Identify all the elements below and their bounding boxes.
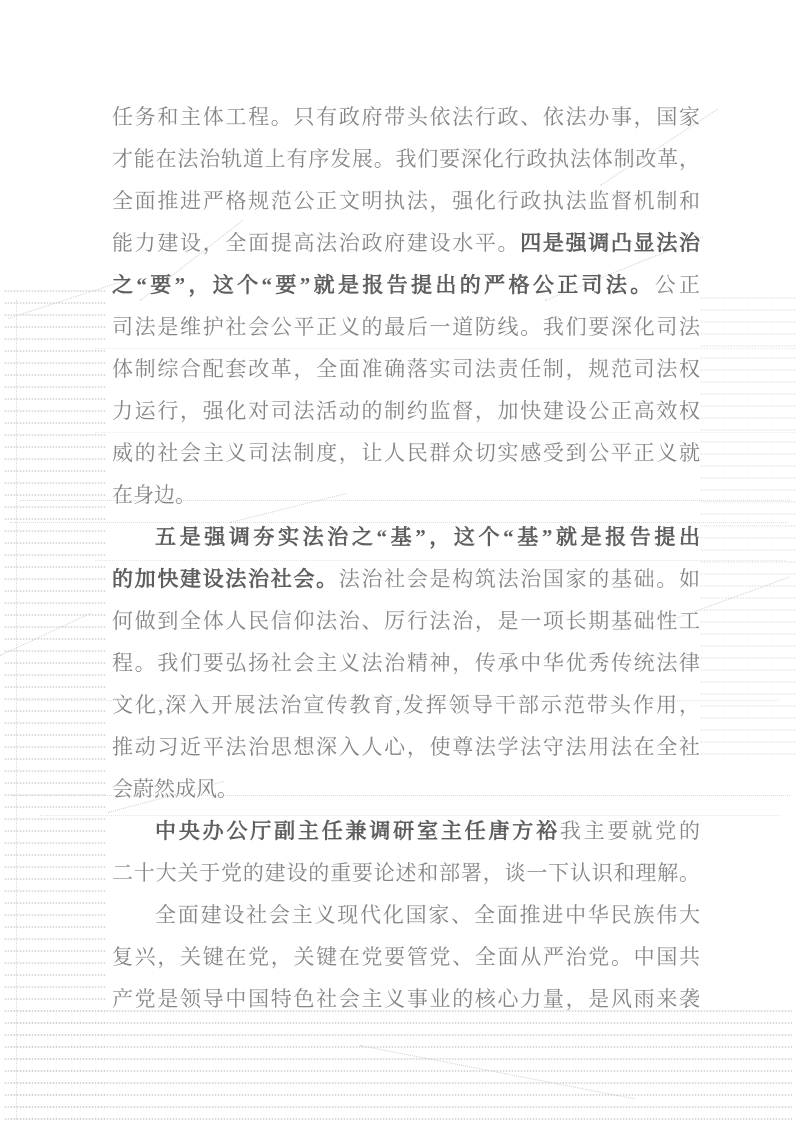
document-page: 任务和主体工程。只有政府带头依法行政、依法办事，国家才能在法治轨道上有序发展。我…	[0, 0, 800, 1131]
text-line: 中央办公厅副主任兼调研室主任唐方裕我主要就党的	[112, 810, 700, 852]
text-segment: 全面推进严格规范公正文明执法，强化行政执法监督机制和	[112, 189, 700, 213]
text-segment: 体制综合配套改革，全面准确落实司法责任制，规范司法权	[112, 357, 700, 381]
text-segment: 二十大关于党的建设的重要论述和部署，谈一下认识和理解。	[112, 861, 700, 885]
text-line: 会蔚然成风。	[112, 768, 700, 810]
text-line: 任务和主体工程。只有政府带头依法行政、依法办事，国家	[112, 96, 700, 138]
text-segment: 法治社会是构筑法治国家的基础。如	[339, 567, 700, 591]
text-line: 的加快建设法治社会。法治社会是构筑法治国家的基础。如	[112, 558, 700, 600]
text-line: 之“要”，这个“要”就是报告提出的严格公正司法。公正	[112, 264, 700, 306]
text-segment: 在身边。	[112, 483, 196, 507]
text-segment: 程。我们要弘扬社会主义法治精神，传承中华优秀传统法律	[112, 651, 700, 675]
text-segment-bold: 五是强调夯实法治之“基”，这个“基”就是报告提出	[155, 525, 700, 549]
text-line: 全面建设社会主义现代化国家、全面推进中华民族伟大	[112, 894, 700, 936]
text-line: 五是强调夯实法治之“基”，这个“基”就是报告提出	[112, 516, 700, 558]
text-segment-bold: 中央办公厅副主任兼调研室主任唐方裕	[155, 819, 560, 843]
text-line: 二十大关于党的建设的重要论述和部署，谈一下认识和理解。	[112, 852, 700, 894]
text-segment: 威的社会主义司法制度，让人民群众切实感受到公平正义就	[112, 441, 700, 465]
text-segment: 会蔚然成风。	[112, 777, 238, 801]
text-segment: 司法是维护社会公平正义的最后一道防线。我们要深化司法	[112, 315, 700, 339]
text-segment: 何做到全体人民信仰法治、厉行法治，是一项长期基础性工	[112, 609, 700, 633]
text-segment: 公正	[655, 273, 700, 297]
scan-noise-dots-right	[700, 292, 796, 760]
text-line: 力运行，强化对司法活动的制约监督，加快建设公正高效权	[112, 390, 700, 432]
scan-noise-diagonal	[8, 279, 127, 319]
text-line: 司法是维护社会公平正义的最后一道防线。我们要深化司法	[112, 306, 700, 348]
scan-noise-vertical-line	[16, 300, 17, 1120]
text-line: 复兴，关键在党，关键在党要管党、全面从严治党。中国共	[112, 936, 700, 978]
scan-noise-diagonal	[0, 613, 91, 656]
text-segment: 才能在法治轨道上有序发展。我们要深化行政执法体制改革，	[112, 147, 700, 171]
scan-noise-dots-left	[4, 285, 106, 1125]
text-segment-bold: 之“要”，这个“要”就是报告提出的严格公正司法。	[112, 273, 655, 297]
text-segment: 任务和主体工程。只有政府带头依法行政、依法办事，国家	[112, 105, 700, 129]
text-segment: 文化,深入开展法治宣传教育,发挥领导干部示范带头作用，	[112, 693, 700, 717]
text-line: 推动习近平法治思想深入人心，使尊法学法守法用法在全社	[112, 726, 700, 768]
text-line: 能力建设，全面提高法治政府建设水平。四是强调凸显法治	[112, 222, 700, 264]
text-body: 任务和主体工程。只有政府带头依法行政、依法办事，国家才能在法治轨道上有序发展。我…	[112, 96, 700, 1020]
text-segment-bold: 四是强调凸显法治	[520, 231, 700, 255]
text-segment-bold: 的加快建设法治社会。	[112, 567, 339, 591]
text-line: 体制综合配套改革，全面准确落实司法责任制，规范司法权	[112, 348, 700, 390]
text-line: 全面推进严格规范公正文明执法，强化行政执法监督机制和	[112, 180, 700, 222]
text-segment: 全面建设社会主义现代化国家、全面推进中华民族伟大	[155, 903, 700, 927]
text-line: 文化,深入开展法治宣传教育,发挥领导干部示范带头作用，	[112, 684, 700, 726]
text-segment: 能力建设，全面提高法治政府建设水平。	[112, 231, 520, 255]
scan-noise-diagonal	[360, 1045, 635, 1099]
text-segment: 力运行，强化对司法活动的制约监督，加快建设公正高效权	[112, 399, 700, 423]
text-line: 程。我们要弘扬社会主义法治精神，传承中华优秀传统法律	[112, 642, 700, 684]
text-segment: 我主要就党的	[560, 819, 700, 843]
text-line: 在身边。	[112, 474, 700, 516]
text-segment: 产党是领导中国特色社会主义事业的核心力量，是风雨来袭	[112, 987, 700, 1011]
text-line: 何做到全体人民信仰法治、厉行法治，是一项长期基础性工	[112, 600, 700, 642]
text-line: 才能在法治轨道上有序发展。我们要深化行政执法体制改革，	[112, 138, 700, 180]
text-segment: 复兴，关键在党，关键在党要管党、全面从严治党。中国共	[112, 945, 700, 969]
scan-noise-dots-bottom	[10, 1005, 792, 1125]
text-segment: 推动习近平法治思想深入人心，使尊法学法守法用法在全社	[112, 735, 700, 759]
text-line: 产党是领导中国特色社会主义事业的核心力量，是风雨来袭	[112, 978, 700, 1020]
text-line: 威的社会主义司法制度，让人民群众切实感受到公平正义就	[112, 432, 700, 474]
